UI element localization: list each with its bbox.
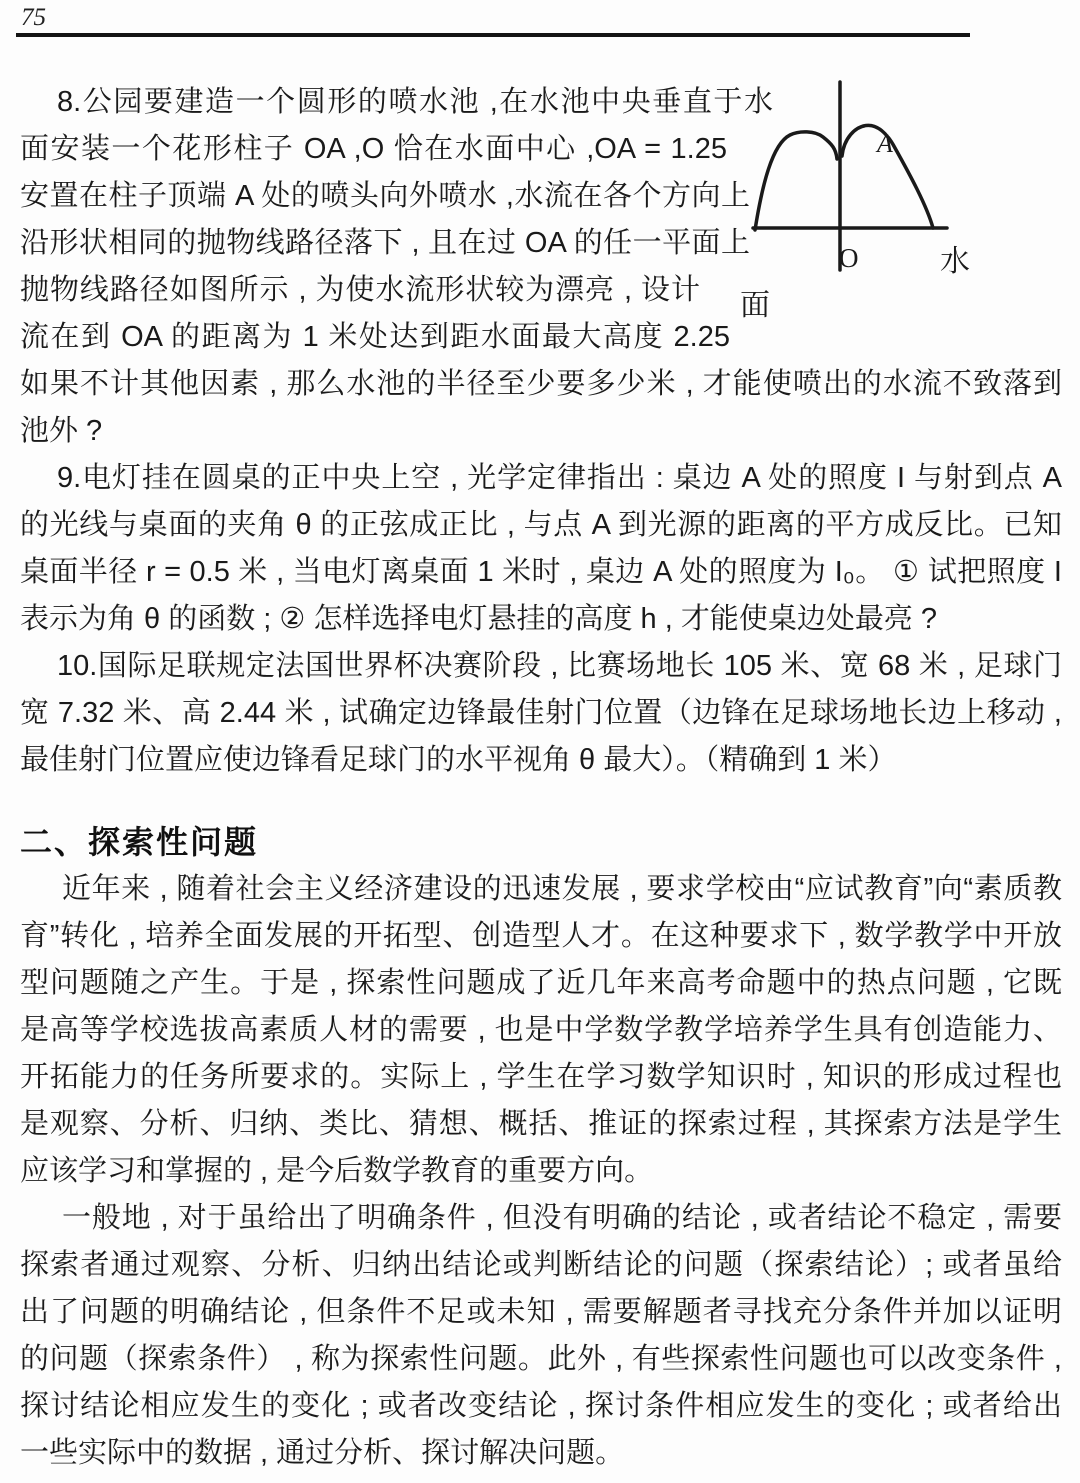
problem8-line: 流在到 OA 的距离为 1 米处达到距水面最大高度 2.25 米 , (20, 314, 730, 361)
paragraph-line: 探索者通过观察、分析、归纳出结论或判断结论的问题（探索结论）; 或者虽给 (20, 1242, 1062, 1289)
problem-10: 10.国际足联规定法国世界杯决赛阶段 , 比赛场地长 105 米、宽 68 米 … (20, 643, 1062, 784)
paragraph-line: 出了问题的明确结论 , 但条件不足或未知 , 需要解题者寻找充分条件并加以证明 (20, 1289, 1062, 1336)
problem9-line: 的光线与桌面的夹角 θ 的正弦成正比 , 与点 A 到光源的距离的平方成反比。已… (20, 502, 1062, 549)
paragraph-line: 探讨结论相应发生的变化 ; 或者改变结论 , 探讨条件相应发生的变化 ; 或者给… (20, 1383, 1062, 1430)
paragraph-line: 型问题随之产生。于是 , 探索性问题成了近几年来高考命题中的热点问题 , 它既 (20, 960, 1062, 1007)
page-number: 75 (21, 4, 46, 32)
paragraph-line: 是高等学校选拔高素质人材的需要 , 也是中学数学教学培养学生具有创造能力、 (20, 1007, 1062, 1054)
paragraph-line: 是观察、分析、归纳、类比、猜想、概括、推证的探索过程 , 其探索方法是学生 (20, 1101, 1062, 1148)
paragraph-line: 一些实际中的数据 , 通过分析、探讨解决问题。 (20, 1430, 1062, 1477)
paragraph-line: 的问题（探索条件） , 称为探索性问题。此外 , 有些探索性问题也可以改变条件 … (20, 1336, 1062, 1383)
figure-label-surface: 面 (740, 289, 770, 320)
problem8-line: 抛物线路径如图所示 , 为使水流形状较为漂亮 , 设计成水 (20, 267, 700, 314)
problem8-line: 如果不计其他因素 , 那么水池的半径至少要多少米 , 才能使喷出的水流不致落到 (20, 361, 1062, 408)
problem9-line: 表示为角 θ 的函数 ; ② 怎样选择电灯悬挂的高度 h , 才能使桌边处最亮 … (20, 596, 1062, 643)
problem8-line: 面安装一个花形柱子 OA ,O 恰在水面中心 ,OA = 1.25 米 , (20, 126, 727, 173)
paragraph-line: 应该学习和掌握的 , 是今后数学教育的重要方向。 (20, 1148, 1062, 1195)
figure-label-A: A (875, 129, 893, 158)
problem8-line: 安置在柱子顶端 A 处的喷头向外喷水 ,水流在各个方向上 (20, 173, 750, 220)
problem9-line: 桌面半径 r = 0.5 米 , 当电灯离桌面 1 米时 , 桌边 A 处的照度… (20, 549, 1062, 596)
header-rule (16, 33, 970, 37)
figure-label-O: O (839, 243, 859, 273)
paragraph-line: 一般地 , 对于虽给出了明确条件 , 但没有明确的结论 , 或者结论不稳定 , … (20, 1195, 1062, 1242)
left-parabola-jet (755, 132, 837, 230)
problem8-line: 沿形状相同的抛物线路径落下 , 且在过 OA 的任一平面上 (20, 220, 750, 267)
figure-label-water: 水 (940, 245, 970, 278)
problem10-line: 10.国际足联规定法国世界杯决赛阶段 , 比赛场地长 105 米、宽 68 米 … (20, 643, 1062, 690)
section-heading: 二、探索性问题 (20, 819, 1062, 866)
problem8-line: 8.公园要建造一个圆形的喷水池 ,在水池中央垂直于水 (20, 79, 773, 126)
paragraph-line: 近年来 , 随着社会主义经济建设的迅速发展 , 要求学校由“应试教育”向“素质教 (20, 866, 1062, 913)
problem9-line: 9.电灯挂在圆桌的正中央上空 , 光学定律指出 : 桌边 A 处的照度 I 与射… (20, 455, 1062, 502)
paragraph-general: 一般地 , 对于虽给出了明确条件 , 但没有明确的结论 , 或者结论不稳定 , … (20, 1195, 1062, 1477)
fountain-figure: A O 水 面 (720, 68, 1065, 320)
problem10-line: 宽 7.32 米、高 2.44 米 , 试确定边锋最佳射门位置（边锋在足球场地长… (20, 690, 1062, 737)
paragraph-line: 开拓能力的任务所要求的。实际上 , 学生在学习数学知识时 , 知识的形成过程也 (20, 1054, 1062, 1101)
problem-9: 9.电灯挂在圆桌的正中央上空 , 光学定律指出 : 桌边 A 处的照度 I 与射… (20, 455, 1062, 643)
paragraph-intro: 近年来 , 随着社会主义经济建设的迅速发展 , 要求学校由“应试教育”向“素质教… (20, 866, 1062, 1195)
problem10-line: 最佳射门位置应使边锋看足球门的水平视角 θ 最大）。（精确到 1 米） (20, 737, 1062, 784)
textbook-page: { "page_number": "75", "problem8": { "li… (0, 0, 1080, 1483)
problem8-line: 池外 ? (20, 408, 1062, 455)
paragraph-line: 育”转化 , 培养全面发展的开拓型、创造型人才。在这种要求下 , 数学教学中开放 (20, 913, 1062, 960)
